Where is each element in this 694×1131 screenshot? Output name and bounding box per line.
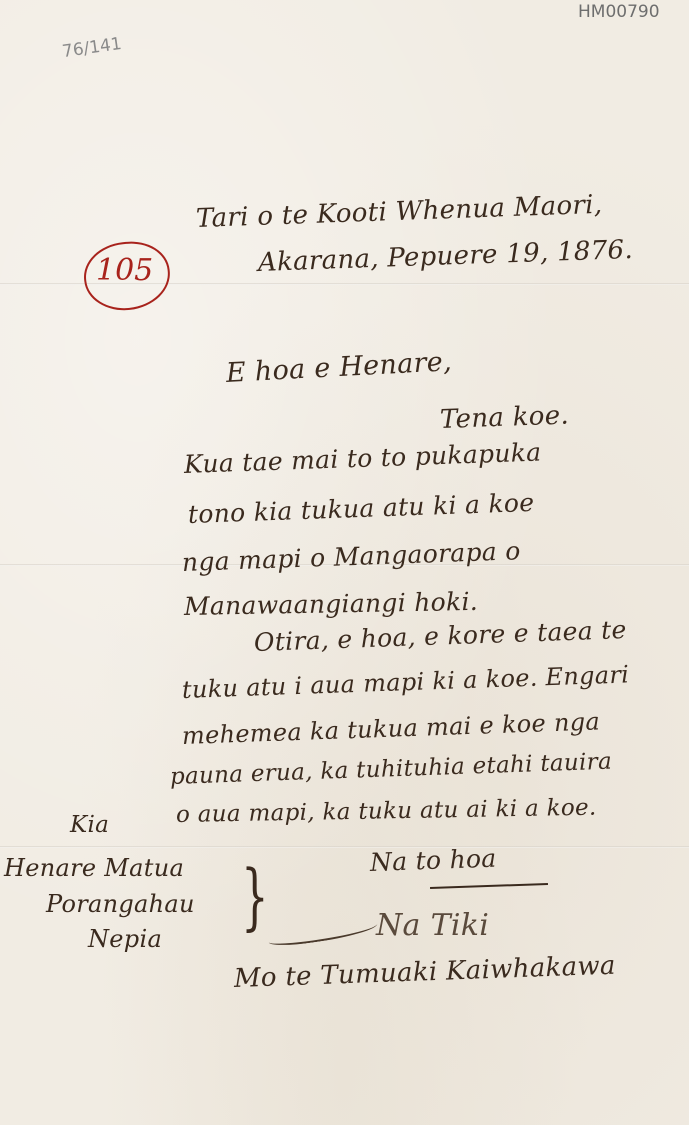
body-line: Otira, e hoa, e kore e taea te: [253, 615, 627, 657]
body-line: Kua tae mai to to pukapuka: [183, 438, 541, 479]
body-line: o aua mapi, ka tuku atu ai ki a koe.: [176, 795, 597, 828]
body-line: mehemea ka tukua mai e koe nga: [182, 707, 601, 750]
body-line: tono kia tukua atu ki a koe: [187, 488, 534, 529]
signature: Na Tiki: [376, 908, 489, 943]
circled-reference-number: 105: [96, 253, 153, 288]
catalogue-number: HM00790: [578, 2, 660, 22]
salutation-tena-koe: Tena koe.: [439, 401, 569, 435]
signature-underline: [430, 883, 548, 889]
body-line: pauna erua, ka tuhituhia etahi tauira: [170, 749, 613, 790]
body-line: nga mapi o Mangaorapa o: [181, 536, 521, 577]
valediction: Na to hoa: [369, 844, 496, 877]
signatory-title: Mo te Tumuaki Kaiwhakawa: [233, 951, 616, 994]
signature-flourish: [267, 917, 378, 948]
addressee-name: Henare Matua: [4, 854, 184, 882]
addressee-prefix: Kia: [70, 812, 109, 838]
brace-glyph: }: [241, 860, 268, 932]
letterhead-office: Tari o te Kooti Whenua Maori,: [195, 190, 602, 234]
letterhead-place-date: Akarana, Pepuere 19, 1876.: [257, 235, 633, 278]
body-line: tuku atu i aua mapi ki a koe. Engari: [182, 660, 630, 704]
body-line: Manawaangiangi hoki.: [184, 587, 478, 621]
fold-line: [0, 846, 689, 848]
letter-page: HM00790 76/141 105 Tari o te Kooti Whenu…: [0, 0, 689, 1125]
addressee-place: Porangahau: [46, 890, 195, 918]
pencil-reference: 76/141: [61, 34, 123, 62]
salutation-greeting: E hoa e Henare,: [225, 346, 452, 389]
addressee-city: Nepia: [88, 925, 162, 953]
